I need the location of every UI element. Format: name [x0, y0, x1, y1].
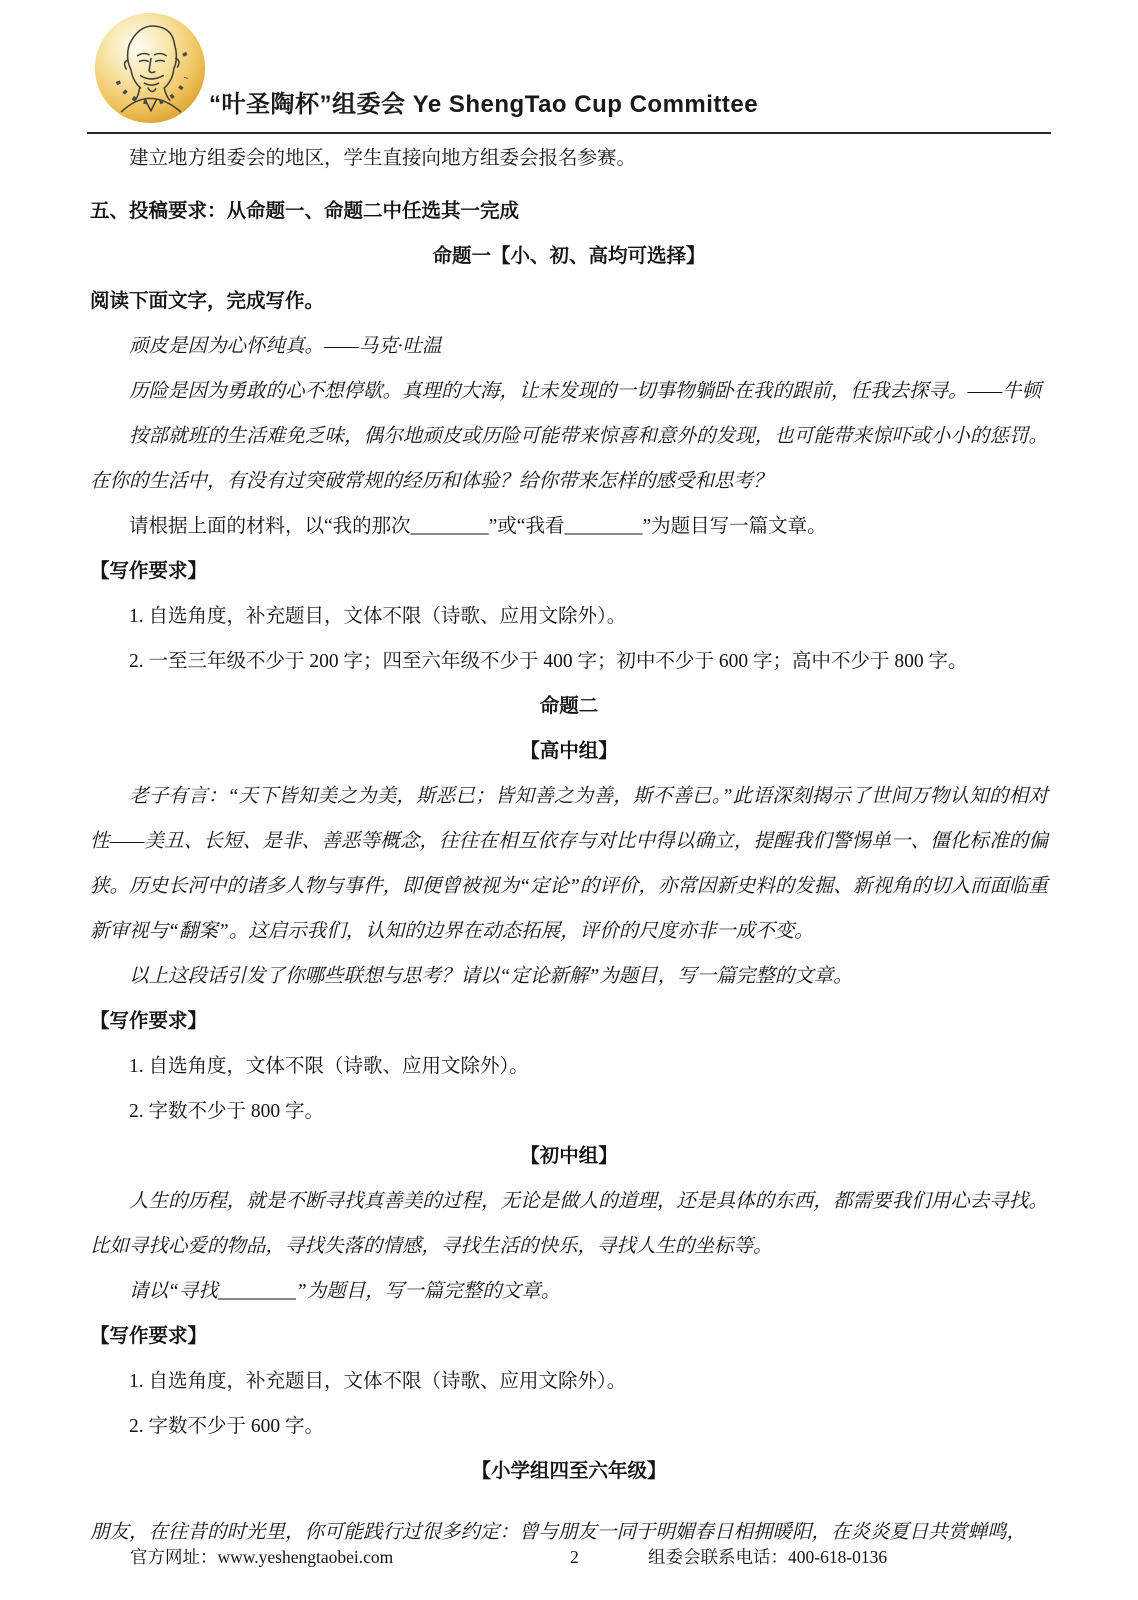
- quote-mark-twain: 顽皮是因为心怀纯真。——马克·吐温: [90, 324, 1048, 369]
- committee-title: “叶圣陶杯”组委会 Ye ShengTao Cup Committee: [209, 90, 758, 120]
- page-footer: 官方网址：www.yeshengtaobei.com 2 组委会联系电话：400…: [0, 1542, 1138, 1572]
- ye-shengtao-logo-icon: [93, 11, 207, 125]
- header-divider: [87, 132, 1051, 134]
- para-junior-title-instruction: 请以“寻找________”为题目，写一篇完整的文章。: [90, 1269, 1048, 1314]
- heading-writing-req-2: 【写作要求】: [90, 999, 1048, 1044]
- committee-title-en: Ye ShengTao Cup Committee: [413, 91, 758, 118]
- para-junior-material: 人生的历程，就是不断寻找真善美的过程，无论是做人的道理，还是具体的东西，都需要我…: [90, 1179, 1048, 1269]
- document-page: “叶圣陶杯”组委会 Ye ShengTao Cup Committee 建立地方…: [0, 0, 1138, 1600]
- footer-website: 官方网址：www.yeshengtaobei.com: [130, 1542, 393, 1572]
- heading-section5-submission: 五、投稿要求：从命题一、命题二中任选其一完成: [90, 189, 1048, 234]
- heading-read-instruction: 阅读下面文字，完成写作。: [90, 279, 1048, 324]
- committee-title-cn: “叶圣陶杯”组委会: [209, 91, 406, 118]
- para-region-note: 建立地方组委会的地区，学生直接向地方组委会报名参赛。: [90, 136, 1048, 181]
- heading-writing-req-1: 【写作要求】: [90, 549, 1048, 594]
- para-prompt1-title-instruction: 请根据上面的材料，以“我的那次________”或“我看________”为题目…: [90, 504, 1048, 549]
- list-item-req3-1: 1. 自选角度，补充题目，文体不限（诗歌、应用文除外）。: [90, 1359, 1048, 1404]
- para-laozi-material: 老子有言：“天下皆知美之为美，斯恶已；皆知善之为善，斯不善已。”此语深刻揭示了世…: [90, 774, 1048, 954]
- list-item-req2-2: 2. 字数不少于 800 字。: [90, 1089, 1048, 1134]
- heading-junior-group: 【初中组】: [90, 1134, 1048, 1179]
- footer-phone: 组委会联系电话：400-618-0136: [648, 1542, 887, 1572]
- list-item-req1-2: 2. 一至三年级不少于 200 字；四至六年级不少于 400 字；初中不少于 6…: [90, 639, 1048, 684]
- heading-prompt1: 命题一【小、初、高均可选择】: [90, 234, 1048, 279]
- heading-primary-group: 【小学组四至六年级】: [90, 1449, 1048, 1494]
- document-body: 建立地方组委会的地区，学生直接向地方组委会报名参赛。 五、投稿要求：从命题一、命…: [90, 136, 1048, 1555]
- quote-newton: 历险是因为勇敢的心不想停歇。真理的大海，让未发现的一切事物躺卧在我的跟前，任我去…: [90, 369, 1048, 414]
- heading-senior-group: 【高中组】: [90, 729, 1048, 774]
- list-item-req1-1: 1. 自选角度，补充题目，文体不限（诗歌、应用文除外）。: [90, 594, 1048, 639]
- heading-prompt2: 命题二: [90, 684, 1048, 729]
- list-item-req3-2: 2. 字数不少于 600 字。: [90, 1404, 1048, 1449]
- para-prompt2-instruction: 以上这段话引发了你哪些联想与思考？请以“定论新解”为题目，写一篇完整的文章。: [90, 954, 1048, 999]
- para-prompt1-material: 按部就班的生活难免乏味，偶尔地顽皮或历险可能带来惊喜和意外的发现，也可能带来惊吓…: [90, 414, 1048, 504]
- list-item-req2-1: 1. 自选角度，文体不限（诗歌、应用文除外）。: [90, 1044, 1048, 1089]
- page-number: 2: [570, 1542, 579, 1572]
- heading-writing-req-3: 【写作要求】: [90, 1314, 1048, 1359]
